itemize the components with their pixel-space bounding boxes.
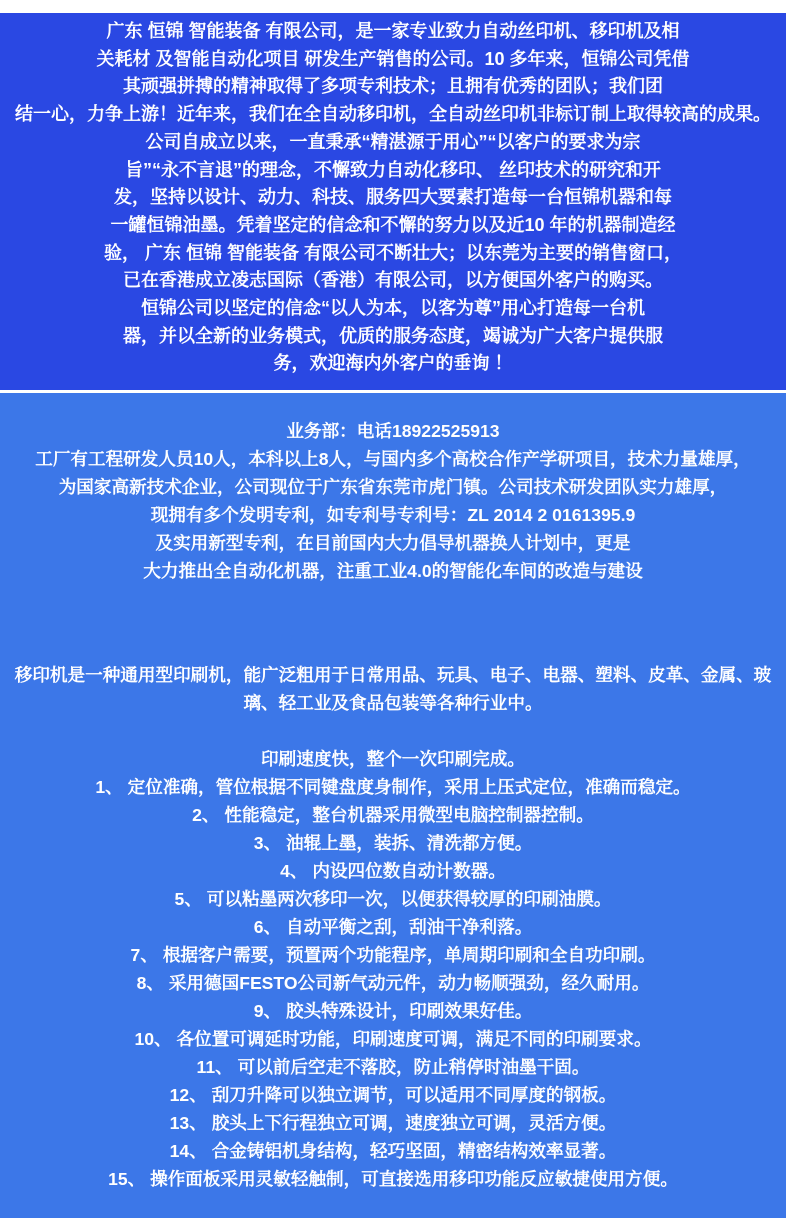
text-line: 验， 广东 恒锦 智能装备 有限公司不断壮大；以东莞为主要的销售窗口， [6, 240, 780, 268]
feature-line: 2、 性能稳定，整台机器采用微型电脑控制器控制。 [4, 801, 782, 829]
company-intro-text: 广东 恒锦 智能装备 有限公司，是一家专业致力自动丝印机、移印机及相关耗材 及智… [6, 18, 780, 378]
feature-line: 15、 操作面板采用灵敏轻触制，可直接选用移印功能反应敏捷使用方便。 [4, 1165, 782, 1193]
text-line: 现拥有多个发明专利，如专利号专利号：ZL 2014 2 0161395.9 [4, 501, 782, 529]
text-line: 广东 恒锦 智能装备 有限公司，是一家专业致力自动丝印机、移印机及相 [6, 18, 780, 46]
text-line: 公司自成立以来，一直秉承“精湛源于用心”“以客户的要求为宗 [6, 129, 780, 157]
feature-line: 4、 内设四位数自动计数器。 [4, 857, 782, 885]
feature-line: 9、 胶头特殊设计，印刷效果好佳。 [4, 997, 782, 1025]
product-description-page: 广东 恒锦 智能装备 有限公司，是一家专业致力自动丝印机、移印机及相关耗材 及智… [0, 13, 790, 1218]
text-line: 移印机是一种通用型印刷机，能广泛粗用于日常用品、玩具、电子、电器、塑料、皮革、金… [4, 661, 782, 689]
feature-line: 5、 可以粘墨两次移印一次，以便获得较厚的印刷油膜。 [4, 885, 782, 913]
feature-line: 13、 胶头上下行程独立可调，速度独立可调，灵活方便。 [4, 1109, 782, 1137]
text-line: 工厂有工程研发人员10人，本科以上8人，与国内多个高校合作产学研项目，技术力量雄… [4, 445, 782, 473]
feature-line: 1、 定位准确，管位根据不同键盘度身制作，采用上压式定位，准确而稳定。 [4, 773, 782, 801]
text-line: 关耗材 及智能自动化项目 研发生产销售的公司。10 多年来，恒锦公司凭借 [6, 46, 780, 74]
text-line: 业务部：电话18922525913 [4, 417, 782, 445]
text-line: 一罐恒锦油墨。凭着坚定的信念和不懈的努力以及近10 年的机器制造经 [6, 212, 780, 240]
feature-line: 7、 根据客户需要，预置两个功能程序，单周期印刷和全自功印刷。 [4, 941, 782, 969]
text-line: 及实用新型专利，在目前国内大力倡导机器换人计划中，更是 [4, 529, 782, 557]
text-line: 旨”“永不言退”的理念，不懈致力自动化移印、 丝印技术的研究和开 [6, 157, 780, 185]
company-intro-section: 广东 恒锦 智能装备 有限公司，是一家专业致力自动丝印机、移印机及相关耗材 及智… [0, 13, 786, 390]
feature-line: 3、 油辊上墨，装拆、清洗都方便。 [4, 829, 782, 857]
feature-line: 印刷速度快，整个一次印刷完成。 [4, 745, 782, 773]
feature-line: 10、 各位置可调延时功能，印刷速度可调，满足不同的印刷要求。 [4, 1025, 782, 1053]
feature-line: 8、 采用德国FESTO公司新气动元件，动力畅顺强劲，经久耐用。 [4, 969, 782, 997]
feature-line: 14、 合金铸铝机身结构，轻巧坚固，精密结构效率显著。 [4, 1137, 782, 1165]
text-line: 已在香港成立凌志国际（香港）有限公司，以方便国外客户的购买。 [6, 267, 780, 295]
feature-line: 6、 自动平衡之刮，刮油干净利落。 [4, 913, 782, 941]
product-features-list: 印刷速度快，整个一次印刷完成。1、 定位准确，管位根据不同键盘度身制作，采用上压… [4, 745, 782, 1193]
text-line: 为国家高新技术企业，公司现位于广东省东莞市虎门镇。公司技术研发团队实力雄厚， [4, 473, 782, 501]
business-contact-paragraph: 业务部：电话18922525913工厂有工程研发人员10人，本科以上8人，与国内… [4, 417, 782, 585]
feature-line: 12、 刮刀升降可以独立调节，可以适用不同厚度的钢板。 [4, 1081, 782, 1109]
text-line: 发，坚持以设计、动力、科技、服务四大要素打造每一台恒锦机器和每 [6, 184, 780, 212]
text-line: 结一心，力争上游！近年来，我们在全自动移印机，全自动丝印机非标订制上取得较高的成… [6, 101, 780, 129]
text-line: 璃、轻工业及食品包装等各种行业中。 [4, 689, 782, 717]
text-line: 其顽强拼搏的精神取得了多项专利技术；且拥有优秀的团队；我们团 [6, 73, 780, 101]
company-details-section: 业务部：电话18922525913工厂有工程研发人员10人，本科以上8人，与国内… [0, 393, 786, 1218]
text-line: 恒锦公司以坚定的信念“以人为本，以客为尊”用心打造每一台机 [6, 295, 780, 323]
product-overview-paragraph: 移印机是一种通用型印刷机，能广泛粗用于日常用品、玩具、电子、电器、塑料、皮革、金… [4, 661, 782, 717]
text-line: 务，欢迎海内外客户的垂询 ！ [6, 350, 780, 378]
text-line: 大力推出全自动化机器，注重工业4.0的智能化车间的改造与建设 [4, 557, 782, 585]
text-line: 器，并以全新的业务模式，优质的服务态度，竭诚为广大客户提供服 [6, 323, 780, 351]
feature-line: 11、 可以前后空走不落胶，防止稍停时油墨干固。 [4, 1053, 782, 1081]
